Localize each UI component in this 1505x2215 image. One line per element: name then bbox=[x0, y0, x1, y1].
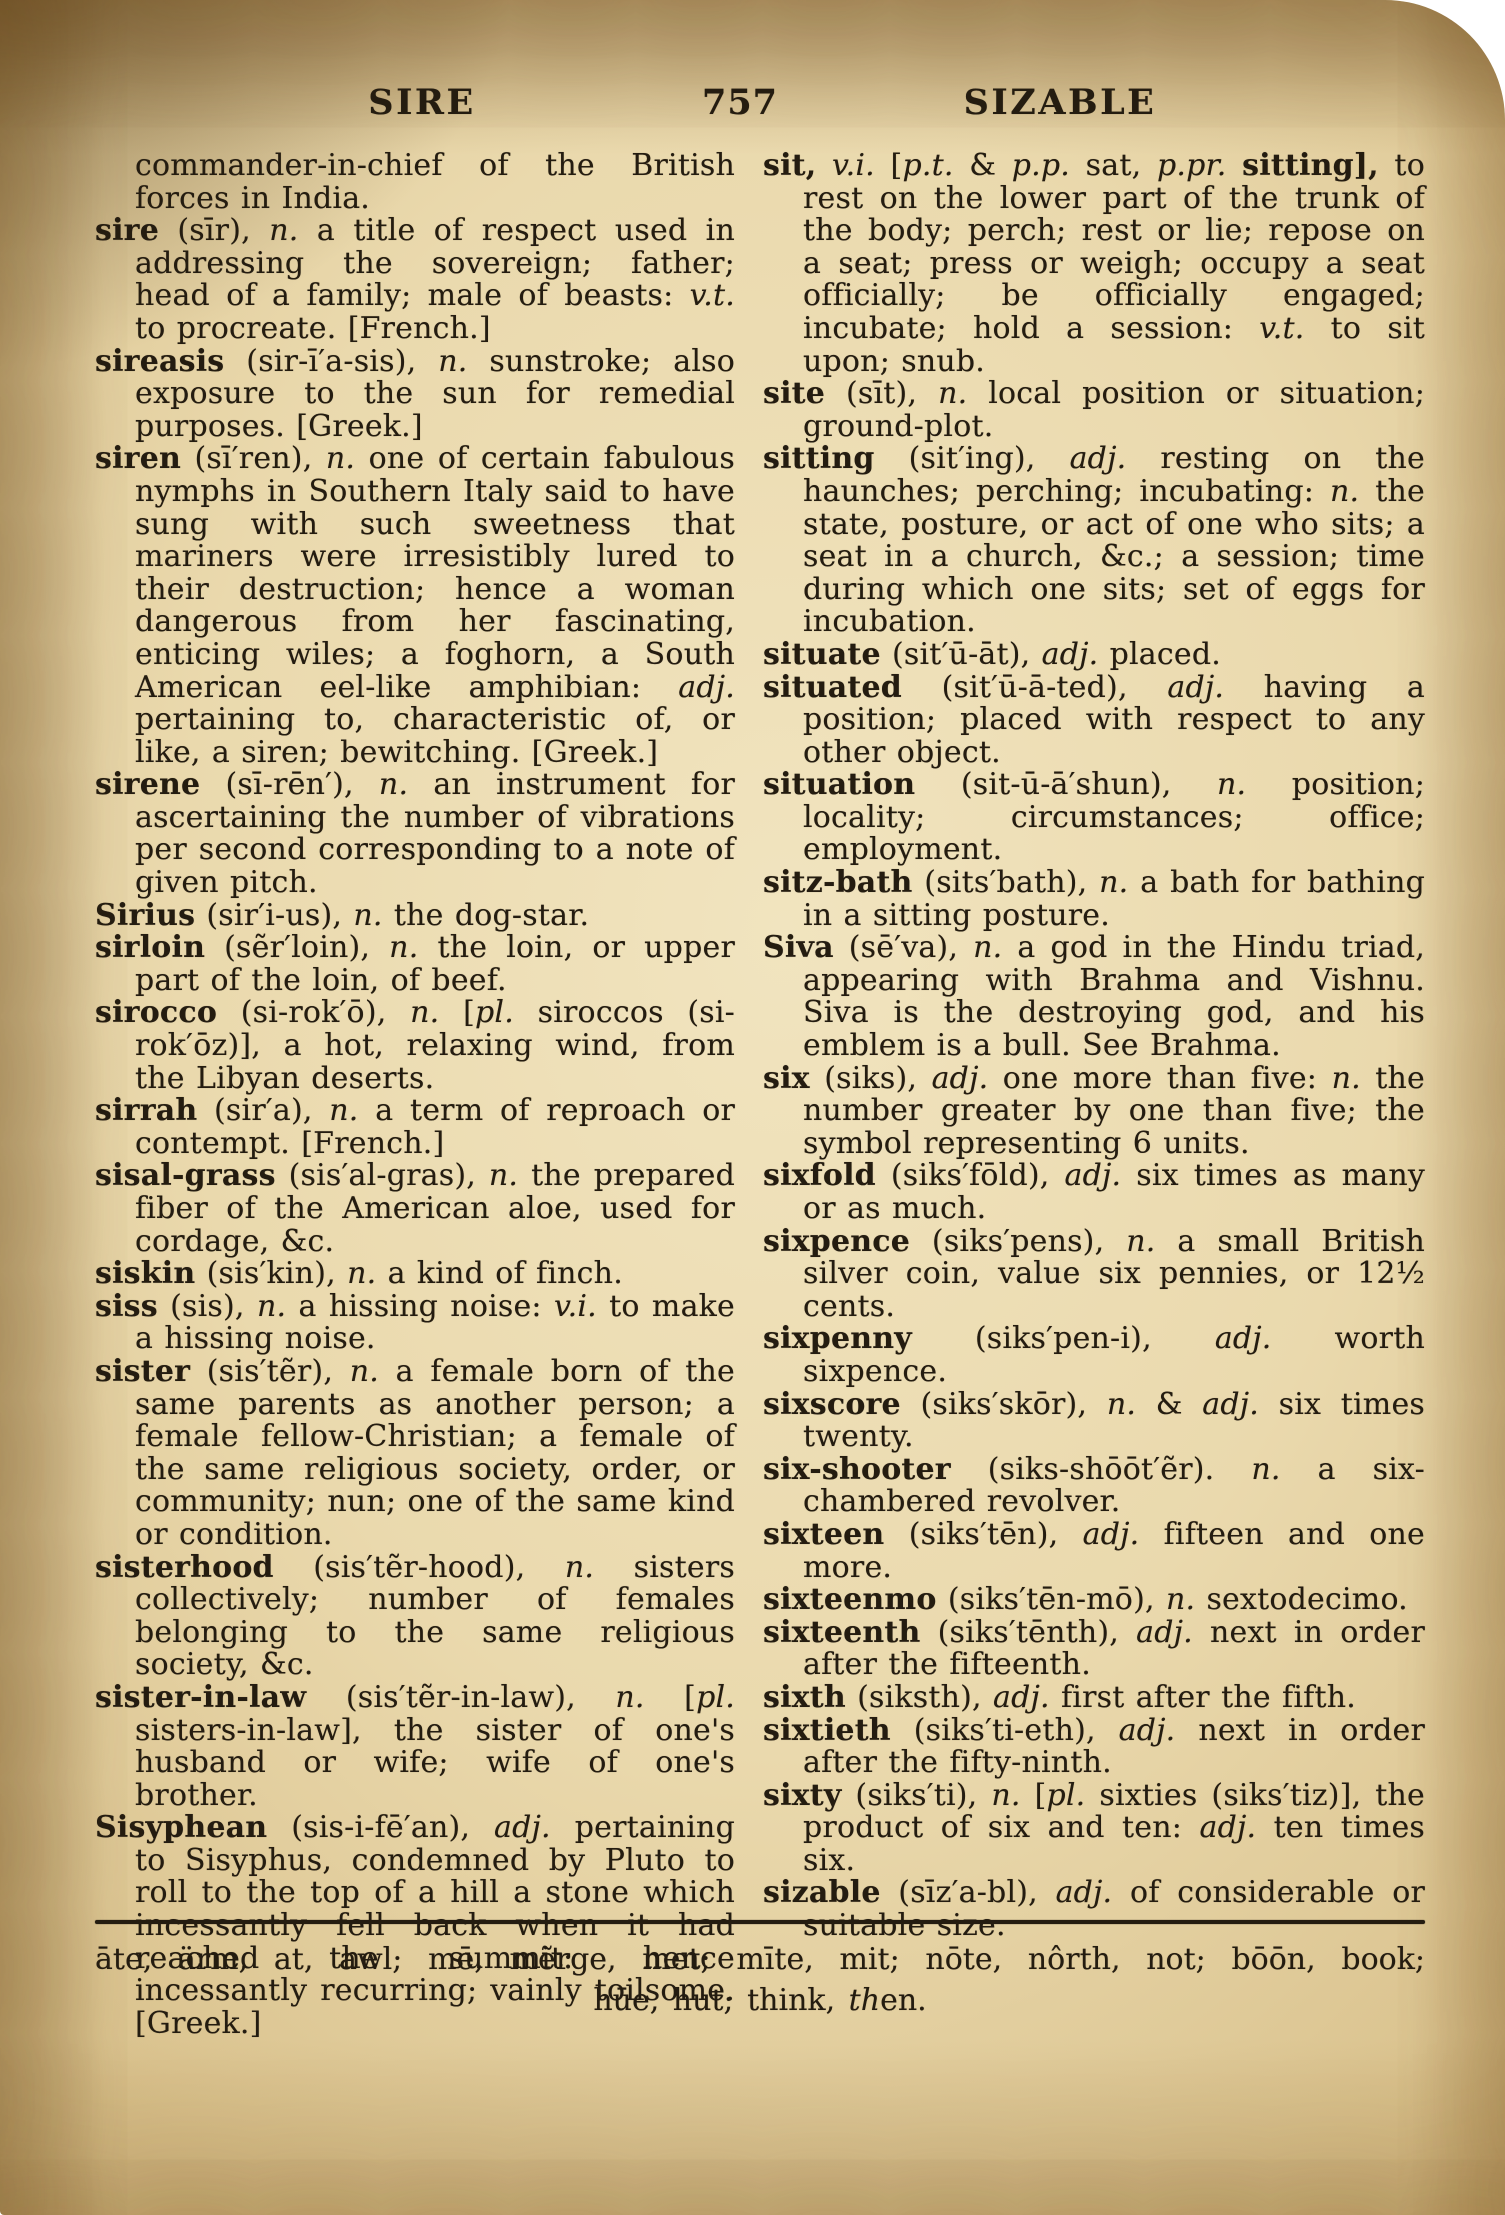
entry-siskin: siskin (sis′kin), n. a kind of finch. bbox=[95, 1258, 735, 1291]
entry-continued: commander-in-chief of the British forces… bbox=[95, 150, 735, 215]
pronunciation-key-line2: hūe, hut; think, then. bbox=[95, 1980, 1425, 2022]
entry-sixfold: sixfold (siks′fōld), adj. six times as m… bbox=[763, 1160, 1425, 1225]
entry-situated: situated (sit′ū-ā-ted), adj. having a po… bbox=[763, 672, 1425, 770]
page-number: 757 bbox=[702, 82, 778, 123]
right-column: sit, v.i. [p.t. & p.p. sat, p.pr. sittin… bbox=[763, 150, 1425, 1943]
entry-sixpenny: sixpenny (siks′pen-i), adj. worth sixpen… bbox=[763, 1323, 1425, 1388]
entry-sisal-grass: sisal-grass (sis′al-gras), n. the prepar… bbox=[95, 1160, 735, 1258]
entry-sitz-bath: sitz-bath (sits′bath), n. a bath for bat… bbox=[763, 867, 1425, 932]
entry-sirene: sirene (sī-rēn′), n. an instrument for a… bbox=[95, 769, 735, 899]
entry-situate: situate (sit′ū-āt), adj. placed. bbox=[763, 639, 1425, 672]
entry-six-shooter: six-shooter (siks-shōōt′ẽr). n. a six-ch… bbox=[763, 1454, 1425, 1519]
entry-sit: sit, v.i. [p.t. & p.p. sat, p.pr. sittin… bbox=[763, 150, 1425, 378]
page-header: SIRE 757 SIZABLE bbox=[0, 82, 1505, 128]
entry-six: six (siks), adj. one more than five: n. … bbox=[763, 1063, 1425, 1161]
entry-sitting: sitting (sit′ing), adj. resting on the h… bbox=[763, 443, 1425, 639]
entry-sixty: sixty (siks′ti), n. [pl. sixties (siks′t… bbox=[763, 1780, 1425, 1878]
entry-sixscore: sixscore (siks′skōr), n. & adj. six time… bbox=[763, 1389, 1425, 1454]
entry-sixteen: sixteen (siks′tēn), adj. fifteen and one… bbox=[763, 1519, 1425, 1584]
entry-sirocco: sirocco (si-rok′ō), n. [pl. siroccos (si… bbox=[95, 997, 735, 1095]
footer-rule bbox=[95, 1920, 1425, 1924]
dictionary-page: SIRE 757 SIZABLE commander-in-chief of t… bbox=[0, 0, 1505, 2215]
entry-sirrah: sirrah (sir′a), n. a term of reproach or… bbox=[95, 1095, 735, 1160]
entry-sixpence: sixpence (siks′pens), n. a small British… bbox=[763, 1226, 1425, 1324]
entry-sirloin: sirloin (sẽr′loin), n. the loin, or uppe… bbox=[95, 932, 735, 997]
entry-situation: situation (sit-ū-ā′shun), n. position; l… bbox=[763, 769, 1425, 867]
guide-word-left: SIRE bbox=[368, 82, 475, 123]
entry-sisterhood: sisterhood (sis′tẽr-hood), n. sisters co… bbox=[95, 1552, 735, 1682]
entry-sixteenmo: sixteenmo (siks′tēn-mō), n. sextodecimo. bbox=[763, 1584, 1425, 1617]
left-column: commander-in-chief of the British forces… bbox=[95, 150, 735, 2040]
guide-word-right: SIZABLE bbox=[964, 82, 1157, 123]
entry-sister-in-law: sister-in-law (sis′tẽr-in-law), n. [pl. … bbox=[95, 1682, 735, 1812]
entry-siss: siss (sis), n. a hissing noise: v.i. to … bbox=[95, 1291, 735, 1356]
entry-site: site (sīt), n. local position or situati… bbox=[763, 378, 1425, 443]
entry-sister: sister (sis′tẽr), n. a female born of th… bbox=[95, 1356, 735, 1552]
entry-sixteenth: sixteenth (siks′tēnth), adj. next in ord… bbox=[763, 1617, 1425, 1682]
page-footer: āte, ärm, at, awl; mē, mẽrge, met; mīte,… bbox=[95, 1920, 1425, 2022]
entry-sirius: Sirius (sir′i-us), n. the dog-star. bbox=[95, 900, 735, 933]
entry-siren: siren (sī′ren), n. one of certain fabulo… bbox=[95, 443, 735, 769]
entry-sire: sire (sīr), n. a title of respect used i… bbox=[95, 215, 735, 345]
entry-siva: Siva (sē′va), n. a god in the Hindu tria… bbox=[763, 932, 1425, 1062]
entry-sixth: sixth (siksth), adj. first after the fif… bbox=[763, 1682, 1425, 1715]
pronunciation-key-line1: āte, ärm, at, awl; mē, mẽrge, met; mīte,… bbox=[95, 1940, 1425, 1980]
entry-sixtieth: sixtieth (siks′ti-eth), adj. next in ord… bbox=[763, 1715, 1425, 1780]
entry-sireasis: sireasis (sir-ī′a-sis), n. sunstroke; al… bbox=[95, 346, 735, 444]
